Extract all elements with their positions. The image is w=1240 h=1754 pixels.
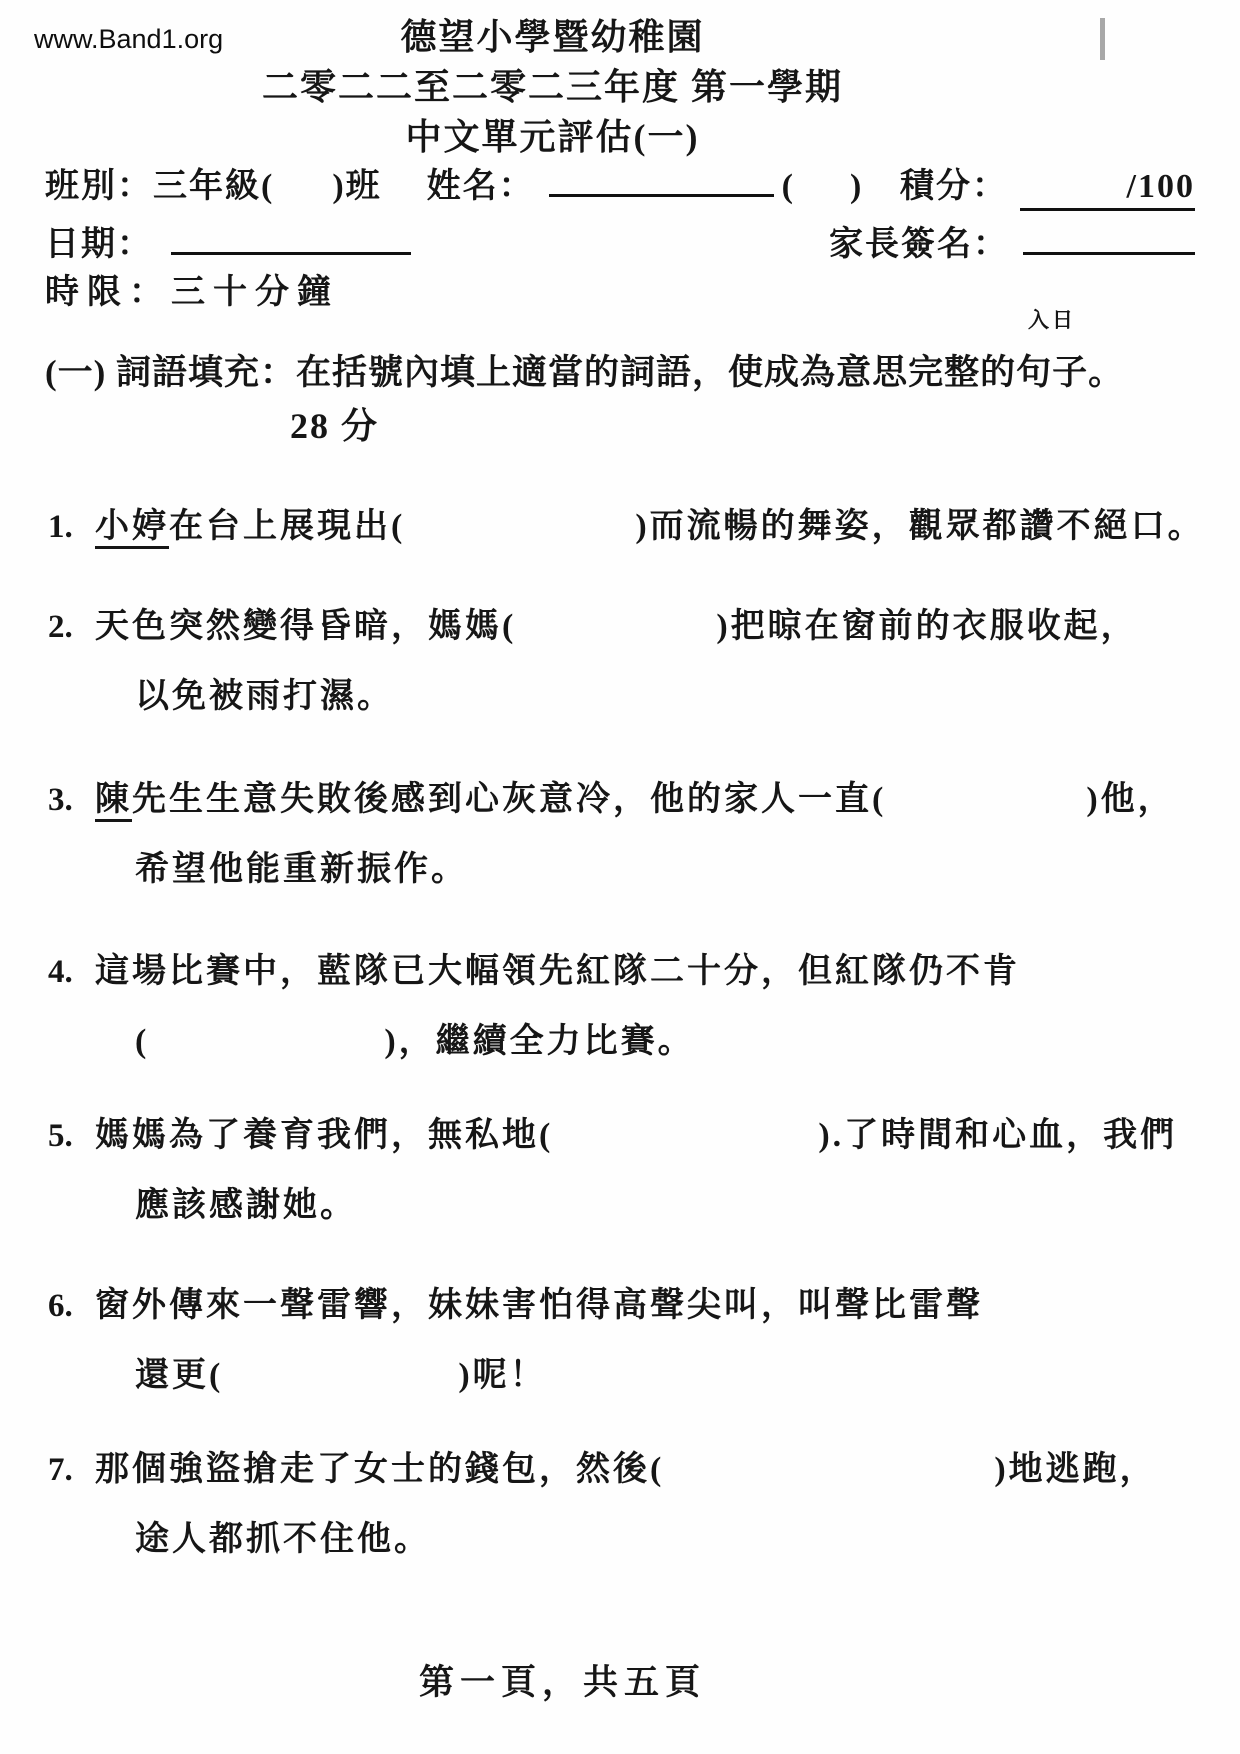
question-line: 陳先生生意失敗後感到心灰意冷，他的家人一直()他， bbox=[95, 776, 1175, 824]
underlined-text: 陳 bbox=[95, 781, 132, 822]
question-line: 小婷在台上展現出()而流暢的舞姿，觀眾都讚不絕口。 bbox=[95, 503, 1205, 551]
question-list: 1.小婷在台上展現出()而流暢的舞姿，觀眾都讚不絕口。2.天色突然變得昏暗，媽媽… bbox=[0, 0, 1240, 1754]
question-item: 2.天色突然變得昏暗，媽媽()把晾在窗前的衣服收起，以免被雨打濕。 bbox=[48, 603, 1138, 721]
question-number: 4. bbox=[48, 948, 95, 996]
question-line: 應該感謝她。 bbox=[135, 1182, 1177, 1230]
question-text: 還更( bbox=[135, 1357, 223, 1394]
question-line: 希望他能重新振作。 bbox=[135, 846, 1175, 894]
question-line: 這場比賽中，藍隊已大幅領先紅隊二十分，但紅隊仍不肯 bbox=[95, 948, 1020, 996]
question-line: 那個強盜搶走了女士的錢包，然後()地逃跑， bbox=[95, 1446, 1157, 1494]
question-line: 途人都抓不住他。 bbox=[135, 1516, 1157, 1564]
question-text: 先生生意失敗後感到心灰意冷，他的家人一直( bbox=[132, 781, 886, 818]
question-number: 5. bbox=[48, 1112, 95, 1160]
question-text: )地逃跑， bbox=[994, 1451, 1156, 1488]
question-text: )他， bbox=[1086, 781, 1174, 818]
question-text: )把晾在窗前的衣服收起， bbox=[716, 608, 1137, 645]
question-text: ( bbox=[135, 1023, 149, 1060]
question-text: 應該感謝她。 bbox=[135, 1187, 357, 1224]
question-line: 媽媽為了養育我們，無私地().了時間和心血，我們 bbox=[95, 1112, 1177, 1160]
question-text: 途人都抓不住他。 bbox=[135, 1521, 431, 1558]
question-text: 在台上展現出( bbox=[169, 508, 405, 545]
question-body: 窗外傳來一聲雷響，妹妹害怕得高聲尖叫，叫聲比雷聲還更()呢！ bbox=[95, 1282, 983, 1400]
question-item: 5.媽媽為了養育我們，無私地().了時間和心血，我們應該感謝她。 bbox=[48, 1112, 1177, 1230]
question-text: 以免被雨打濕。 bbox=[135, 678, 394, 715]
question-line: 天色突然變得昏暗，媽媽()把晾在窗前的衣服收起， bbox=[95, 603, 1138, 651]
question-item: 3.陳先生生意失敗後感到心灰意冷，他的家人一直()他，希望他能重新振作。 bbox=[48, 776, 1175, 894]
question-item: 4.這場比賽中，藍隊已大幅領先紅隊二十分，但紅隊仍不肯()，繼續全力比賽。 bbox=[48, 948, 1020, 1066]
question-item: 1.小婷在台上展現出()而流暢的舞姿，觀眾都讚不絕口。 bbox=[48, 503, 1205, 551]
question-number: 7. bbox=[48, 1446, 95, 1494]
question-text: )呢！ bbox=[458, 1357, 546, 1394]
question-number: 1. bbox=[48, 503, 95, 551]
question-item: 6.窗外傳來一聲雷響，妹妹害怕得高聲尖叫，叫聲比雷聲還更()呢！ bbox=[48, 1282, 983, 1400]
question-line: 窗外傳來一聲雷響，妹妹害怕得高聲尖叫，叫聲比雷聲 bbox=[95, 1282, 983, 1330]
question-line: 以免被雨打濕。 bbox=[135, 673, 1138, 721]
question-body: 媽媽為了養育我們，無私地().了時間和心血，我們應該感謝她。 bbox=[95, 1112, 1177, 1230]
question-text: )而流暢的舞姿，觀眾都讚不絕口。 bbox=[635, 508, 1204, 545]
underlined-text: 小婷 bbox=[95, 508, 169, 549]
question-text: 這場比賽中，藍隊已大幅領先紅隊二十分，但紅隊仍不肯 bbox=[95, 953, 1020, 990]
question-body: 那個強盜搶走了女士的錢包，然後()地逃跑，途人都抓不住他。 bbox=[95, 1446, 1157, 1564]
question-text: 天色突然變得昏暗，媽媽( bbox=[95, 608, 516, 645]
question-line: ()，繼續全力比賽。 bbox=[135, 1018, 1020, 1066]
question-text: 希望他能重新振作。 bbox=[135, 851, 468, 888]
question-body: 這場比賽中，藍隊已大幅領先紅隊二十分，但紅隊仍不肯()，繼續全力比賽。 bbox=[95, 948, 1020, 1066]
question-body: 小婷在台上展現出()而流暢的舞姿，觀眾都讚不絕口。 bbox=[95, 503, 1205, 551]
exam-paper-page: www.Band1.org 德望小學暨幼稚園 二零二二至二零二三年度 第一學期 … bbox=[0, 0, 1240, 1754]
question-body: 天色突然變得昏暗，媽媽()把晾在窗前的衣服收起，以免被雨打濕。 bbox=[95, 603, 1138, 721]
question-text: ).了時間和心血，我們 bbox=[818, 1117, 1177, 1154]
question-text: 那個強盜搶走了女士的錢包，然後( bbox=[95, 1451, 664, 1488]
page-footer: 第一頁，共五頁 bbox=[0, 1655, 1125, 1705]
question-text: )，繼續全力比賽。 bbox=[384, 1023, 694, 1060]
question-text: 窗外傳來一聲雷響，妹妹害怕得高聲尖叫，叫聲比雷聲 bbox=[95, 1287, 983, 1324]
question-number: 2. bbox=[48, 603, 95, 651]
question-item: 7.那個強盜搶走了女士的錢包，然後()地逃跑，途人都抓不住他。 bbox=[48, 1446, 1157, 1564]
question-line: 還更()呢！ bbox=[135, 1352, 983, 1400]
question-body: 陳先生生意失敗後感到心灰意冷，他的家人一直()他，希望他能重新振作。 bbox=[95, 776, 1175, 894]
question-number: 6. bbox=[48, 1282, 95, 1330]
question-number: 3. bbox=[48, 776, 95, 824]
question-text: 媽媽為了養育我們，無私地( bbox=[95, 1117, 553, 1154]
